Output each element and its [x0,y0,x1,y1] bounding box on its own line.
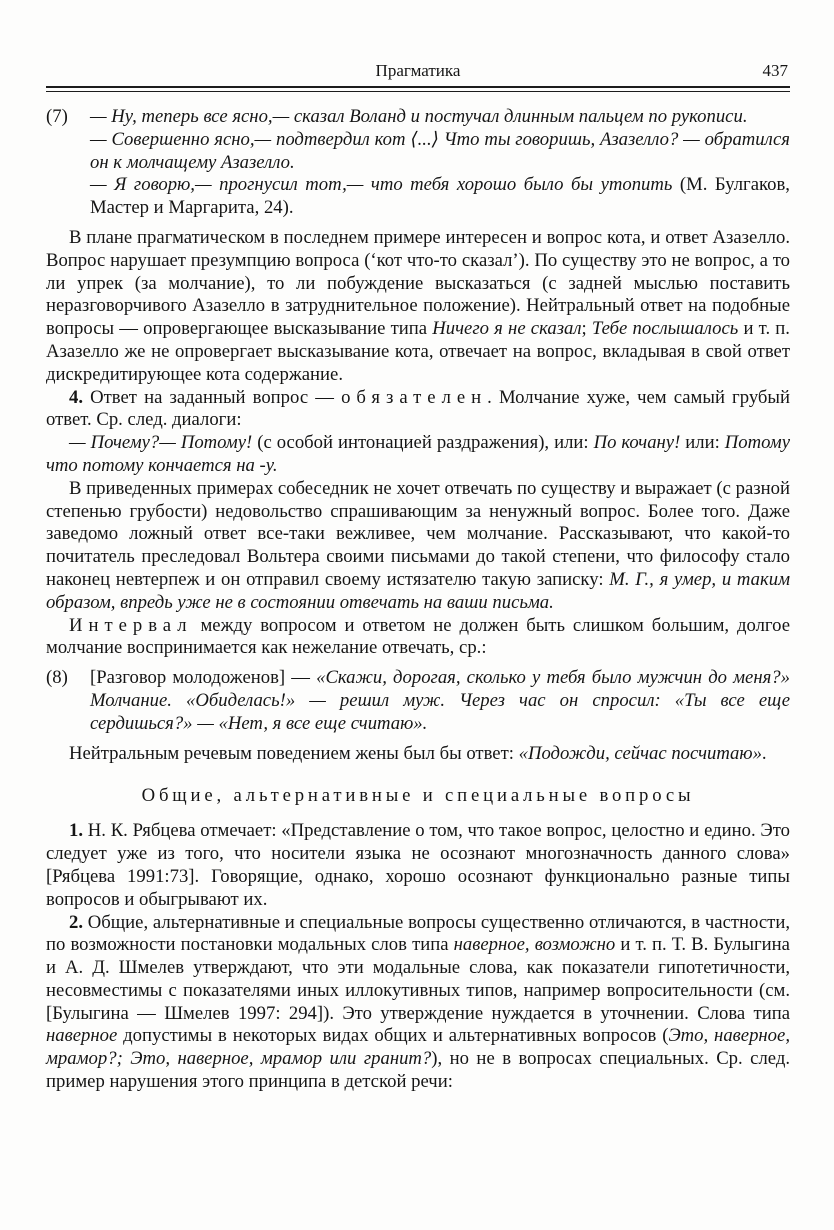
text-run: допустимы в некоторых видах общих и альт… [117,1025,668,1046]
text-run: — Я говорю,— прогнусил тот,— что тебя хо… [90,174,680,195]
example-8-number: (8) [46,667,68,690]
paragraph-point-1: 1. Н. К. Рябцева отмечает: «Представлени… [46,820,790,911]
text-run: Н. К. Рябцева отмечает: «Представление о… [46,820,790,909]
text-run: По кочану! [594,432,681,453]
text-run: или: [680,432,724,453]
text-run: обязателен [341,387,487,408]
text-run: 1. [69,820,83,841]
text-run: . [762,743,767,764]
paragraph-point-2: 2. Общие, альтернативные и специальные в… [46,912,790,1094]
text-run: 2. [69,912,83,933]
text-run: Ответ на заданный вопрос — [83,387,341,408]
text-run: наверное [46,1025,117,1046]
text-run: — Совершенно ясно,— подтвердил кот ⟨...⟩… [90,129,790,173]
paragraph-point-4: 4. Ответ на заданный вопрос — обязателен… [46,387,790,433]
text-run: — Ну, теперь все ясно,— сказал Воланд и … [90,106,748,127]
book-page: Прагматика 437 (7) — Ну, теперь все ясно… [0,0,834,1230]
example-8: (8) [Разговор молодоженов] — «Скажи, дор… [46,667,790,735]
text-run: [Разговор молодоженов] — [90,667,316,688]
paragraph-interval: Интервал между вопросом и ответом не дол… [46,615,790,661]
page-text: (7) — Ну, теперь все ясно,— сказал Волан… [46,106,790,1094]
text-run: наверное, возможно [454,934,616,955]
text-run: Тебе послышалось [592,318,738,339]
dialogue-turn: [Разговор молодоженов] — «Скажи, дорогая… [90,667,790,735]
paragraph-dialogue-examples: — Почему?— Потому! (с особой интонацией … [46,432,790,478]
text-run: (с особой интонацией раздражения), или: [257,432,593,453]
paragraph-pragmatic-analysis: В плане прагматическом в последнем приме… [46,227,790,387]
example-7-text: — Ну, теперь все ясно,— сказал Воланд и … [90,106,790,220]
text-run: 4. [69,387,83,408]
example-7: (7) — Ну, теперь все ясно,— сказал Волан… [46,106,790,220]
running-title: Прагматика [46,60,790,82]
text-run: Интервал [69,615,193,636]
example-7-number: (7) [46,106,68,129]
page-number: 437 [763,60,789,82]
dialogue-turn-1: — Ну, теперь все ясно,— сказал Воланд и … [90,106,790,129]
dialogue-turn-2: — Совершенно ясно,— подтвердил кот ⟨...⟩… [90,129,790,175]
header-rule [46,86,790,92]
text-run: Ничего я не сказал [432,318,581,339]
section-heading: Общие, альтернативные и специальные вопр… [46,784,790,808]
text-run: ; [582,318,592,339]
running-head: Прагматика 437 [46,60,790,82]
dialogue-turn-3: — Я говорю,— прогнусил тот,— что тебя хо… [90,174,790,220]
text-run: — Почему?— Потому! [69,432,257,453]
example-8-text: [Разговор молодоженов] — «Скажи, дорогая… [90,667,790,735]
text-run: Нейтральным речевым поведением жены был … [69,743,519,764]
paragraph-discussion: В приведенных примерах собеседник не хоч… [46,478,790,615]
text-run: «Подожди, сейчас посчитаю» [519,743,762,764]
paragraph-neutral-answer: Нейтральным речевым поведением жены был … [46,743,790,766]
